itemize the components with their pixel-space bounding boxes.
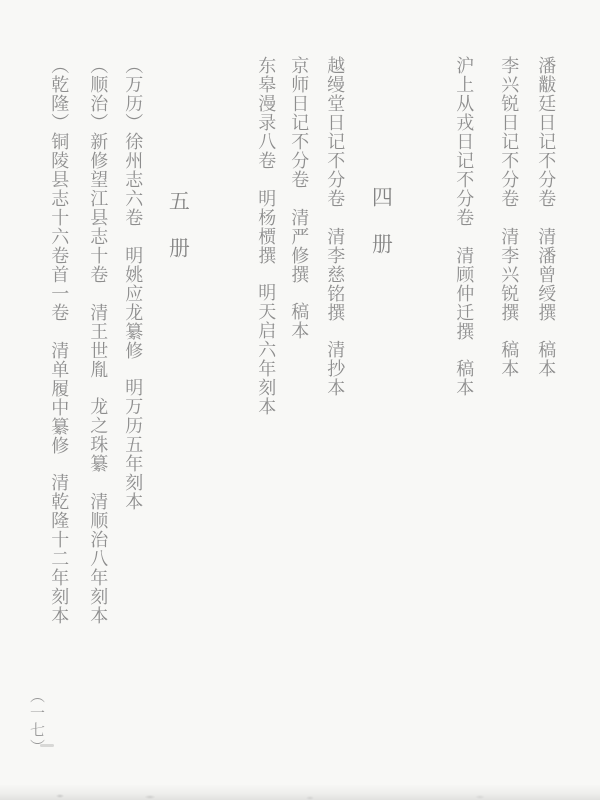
item-author: 明杨槚撰 — [256, 189, 276, 265]
catalog-item: 越缦堂日记不分卷 清李慈铭撰 清抄本 — [322, 56, 347, 397]
catalog-item: （万历）徐州志六卷 明姚应龙纂修 明万历五年刻本 — [120, 56, 145, 511]
item-edition: 明天启六年刻本 — [256, 283, 276, 416]
item-title: （乾隆）铜陵县志十六卷首一卷 — [49, 56, 69, 322]
catalog-item: （顺治）新修望江县志十卷 清王世胤 龙之珠纂 清顺治八年刻本 — [85, 56, 110, 625]
catalog-item: （乾隆）铜陵县志十六卷首一卷 清单履中纂修 清乾隆十二年刻本 — [46, 56, 71, 625]
item-author: 清顾仲迁撰 — [454, 246, 474, 341]
item-edition: 稿本 — [289, 302, 309, 340]
item-author: 清严修撰 — [289, 208, 309, 284]
item-title: 沪上从戎日记不分卷 — [454, 56, 474, 227]
catalog-item: 京师日记不分卷 清严修撰 稿本 — [286, 56, 311, 340]
item-edition: 清顺治八年刻本 — [88, 492, 108, 625]
section-header-volume-5: 五册 — [163, 190, 192, 284]
item-edition: 稿本 — [454, 359, 474, 397]
scan-speck — [40, 744, 54, 747]
item-author-2: 龙之珠纂 — [88, 397, 108, 473]
item-title: 李兴锐日记不分卷 — [499, 56, 519, 208]
catalog-item: 东皋漫录八卷 明杨槚撰 明天启六年刻本 — [253, 56, 278, 416]
item-title: （顺治）新修望江县志十卷 — [88, 56, 108, 284]
scan-edge-artifact — [0, 784, 600, 800]
catalog-item: 李兴锐日记不分卷 清李兴锐撰 稿本 — [496, 56, 521, 378]
item-title: 越缦堂日记不分卷 — [325, 56, 345, 208]
item-title: 京师日记不分卷 — [289, 56, 309, 189]
item-author: 清潘曾绶撰 — [536, 227, 556, 322]
item-author: 清李兴锐撰 — [499, 227, 519, 322]
item-edition: 清抄本 — [325, 340, 345, 397]
item-author: 清李慈铭撰 — [325, 227, 345, 322]
item-title: 东皋漫录八卷 — [256, 56, 276, 170]
item-author: 清王世胤 — [88, 303, 108, 379]
scanned-catalog-page: 潘黻廷日记不分卷 清潘曾绶撰 稿本 李兴锐日记不分卷 清李兴锐撰 稿本 沪上从戎… — [0, 0, 600, 800]
item-author: 清单履中纂修 — [49, 341, 69, 455]
catalog-item: 沪上从戎日记不分卷 清顾仲迁撰 稿本 — [451, 56, 476, 397]
section-header-volume-4: 四册 — [366, 186, 395, 280]
item-title: （万历）徐州志六卷 — [123, 56, 143, 227]
item-edition: 稿本 — [536, 340, 556, 378]
item-title: 潘黻廷日记不分卷 — [536, 56, 556, 208]
item-author: 明姚应龙纂修 — [123, 246, 143, 360]
item-edition: 稿本 — [499, 340, 519, 378]
item-edition: 清乾隆十二年刻本 — [49, 473, 69, 625]
catalog-item: 潘黻廷日记不分卷 清潘曾绶撰 稿本 — [533, 56, 558, 378]
item-edition: 明万历五年刻本 — [123, 378, 143, 511]
